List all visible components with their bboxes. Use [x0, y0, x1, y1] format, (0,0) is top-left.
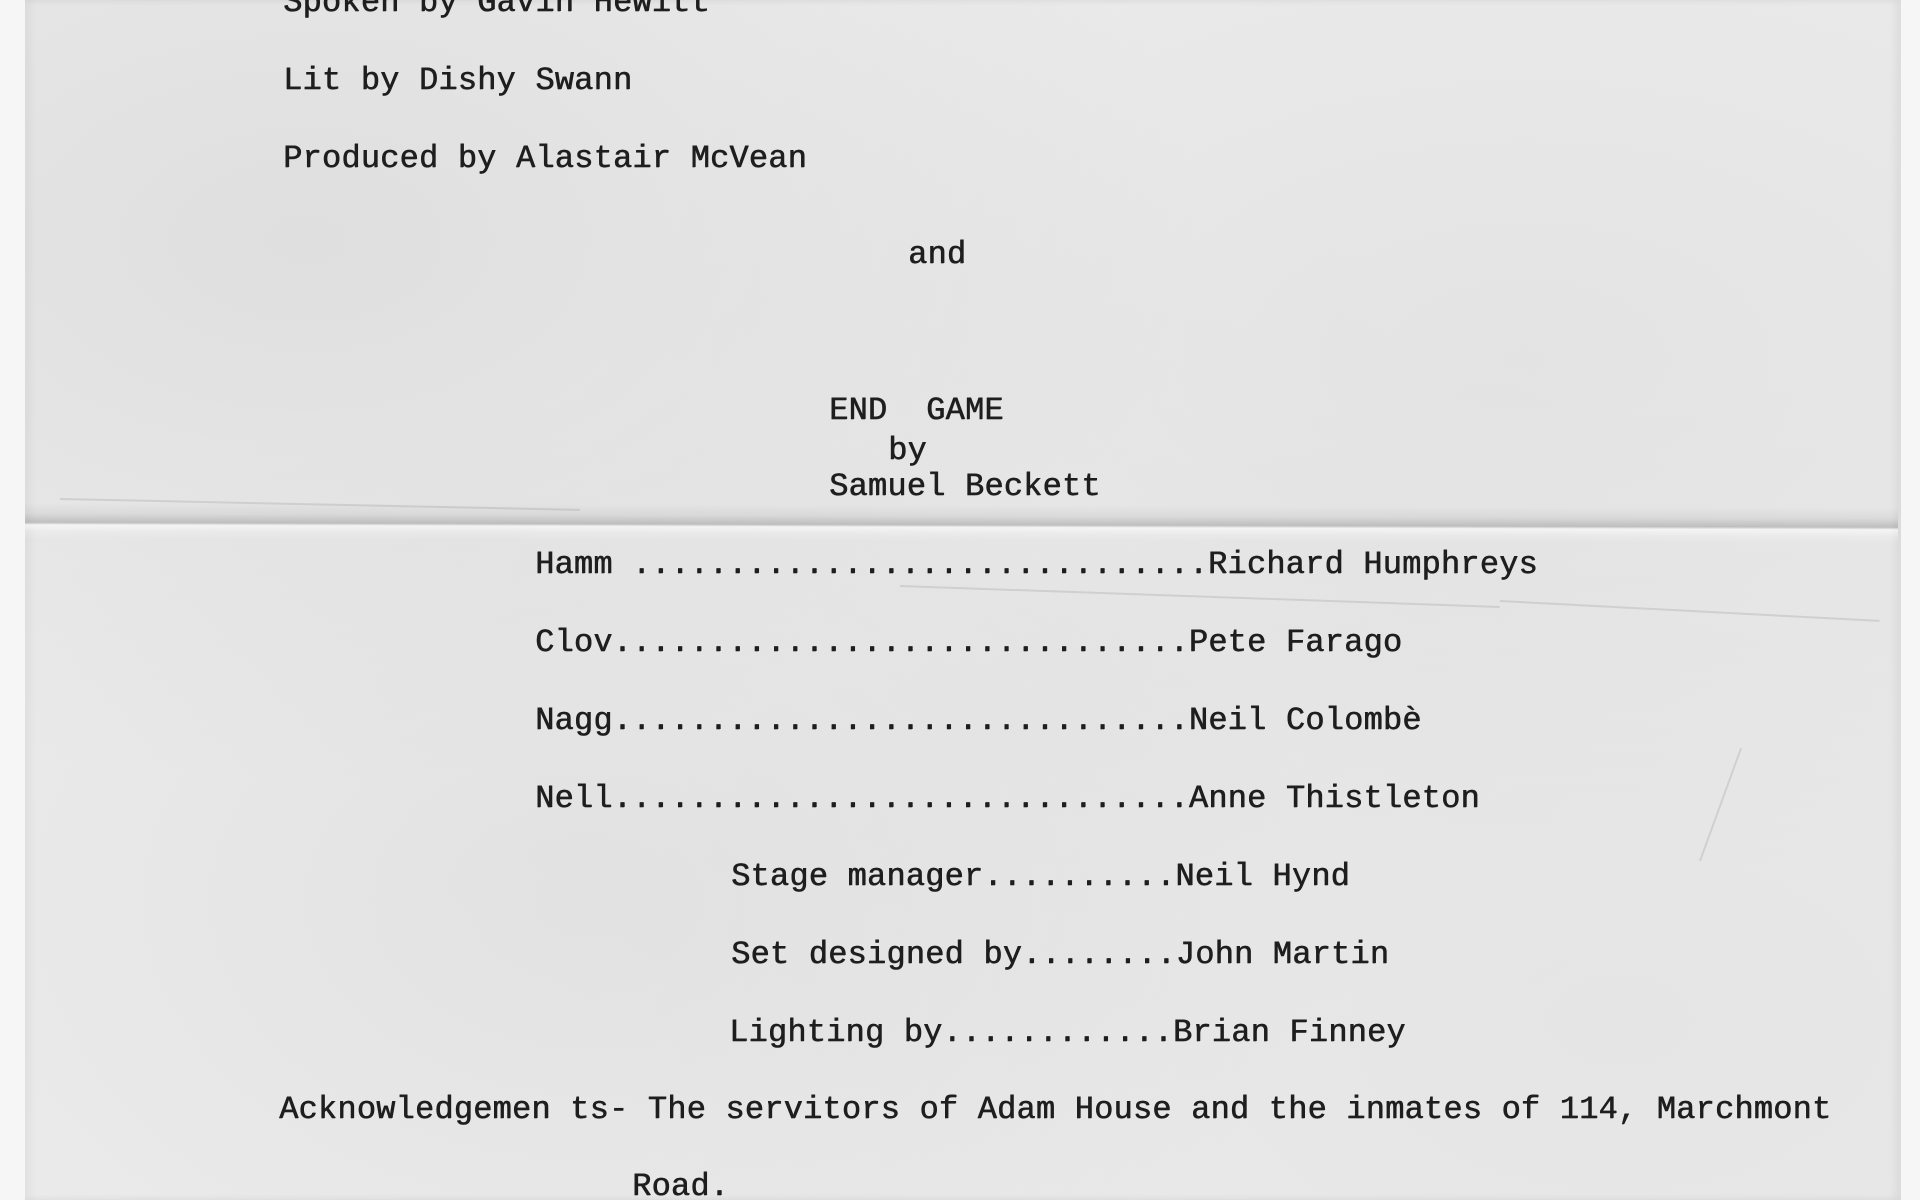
paper-fold-crease [25, 503, 1898, 544]
credit-produced-by: Produced by Alastair McVean [283, 142, 807, 176]
cast-role: Clov [535, 624, 613, 661]
acknowledgements-text: The servitors of Adam House and the inma… [648, 1091, 1832, 1128]
crew-person: John Martin [1176, 936, 1389, 973]
play-by: by [888, 434, 927, 468]
background-left-margin [0, 0, 25, 1200]
connector-and: and [908, 238, 966, 272]
play-title: END GAME [829, 394, 1004, 428]
crew-row: Set designed by........John Martin [731, 938, 1389, 972]
cast-actor: Anne Thistleton [1189, 780, 1480, 817]
background-right-margin [1898, 0, 1920, 1200]
crew-person: Brian Finney [1173, 1014, 1406, 1051]
dot-leader: .............................. [613, 780, 1189, 817]
crew-role: Stage manager [731, 858, 983, 895]
cast-role: Hamm [535, 546, 613, 583]
crew-person: Neil Hynd [1175, 858, 1350, 895]
dot-leader: .............................. [613, 702, 1189, 739]
dot-leader: .............................. [613, 546, 1208, 583]
dot-leader: .......... [983, 858, 1175, 895]
crew-role: Lighting by [729, 1014, 942, 1051]
crew-role: Set designed by [731, 936, 1022, 973]
play-author: Samuel Beckett [829, 470, 1101, 504]
cast-actor: Neil Colombè [1189, 702, 1422, 739]
acknowledgements-label: Acknowledgemen ts- [279, 1091, 628, 1128]
credit-spoken-by: Spoken by Gavin Hewitt [283, 0, 710, 20]
crew-row: Lighting by............Brian Finney [729, 1016, 1406, 1050]
dot-leader: ............ [942, 1014, 1172, 1051]
cast-role: Nell [535, 780, 613, 817]
cast-actor: Richard Humphreys [1208, 546, 1538, 583]
crew-row: Stage manager..........Neil Hynd [731, 860, 1350, 894]
cast-role: Nagg [535, 702, 613, 739]
cast-row: Nagg..............................Neil C… [535, 704, 1422, 738]
dot-leader: ........ [1022, 936, 1176, 973]
cast-actor: Pete Farago [1189, 624, 1402, 661]
credit-lit-by: Lit by Dishy Swann [283, 64, 632, 98]
acknowledgements-continuation: Road. [632, 1170, 729, 1200]
cast-row: Hamm ..............................Richa… [535, 548, 1538, 582]
cast-row: Nell..............................Anne T… [535, 782, 1480, 816]
acknowledgements-line: Acknowledgemen ts- The servitors of Adam… [279, 1093, 1831, 1127]
dot-leader: .............................. [613, 624, 1189, 661]
cast-row: Clov..............................Pete F… [535, 626, 1402, 660]
